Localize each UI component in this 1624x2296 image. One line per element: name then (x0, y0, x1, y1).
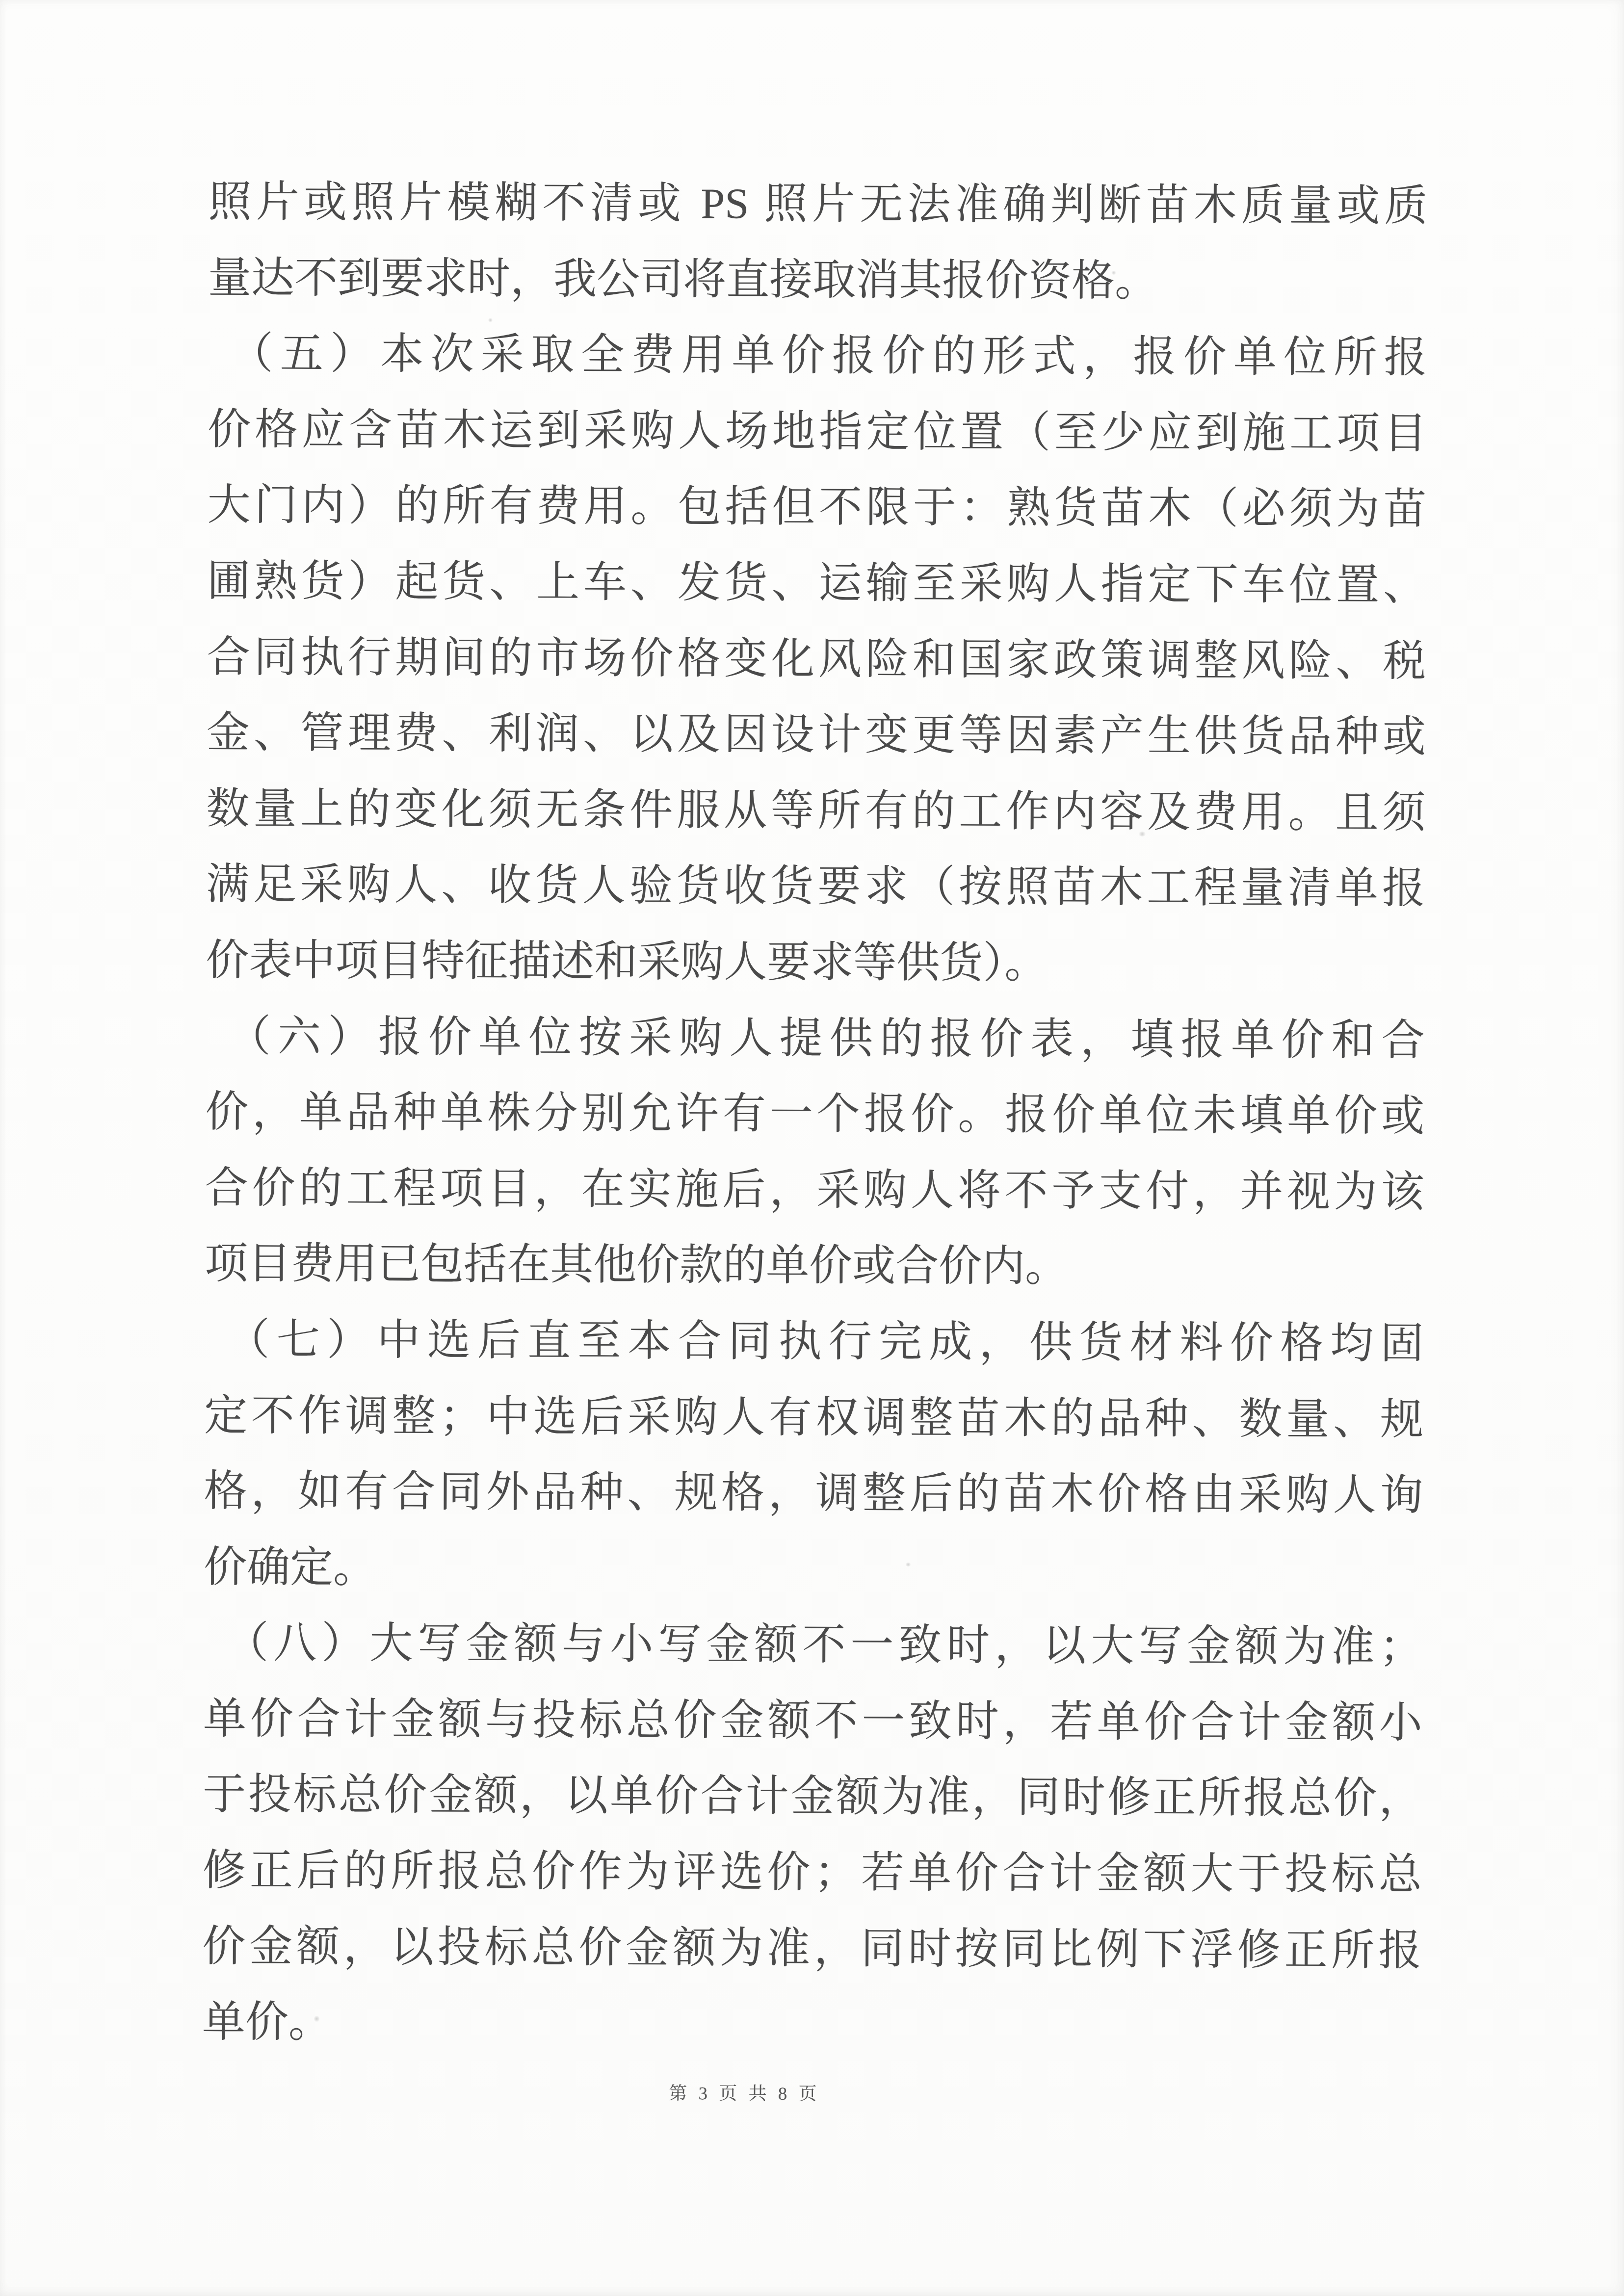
text-line: 单价合计金额与投标总价金额不一致时，若单价合计金额小 (203, 1682, 1423, 1762)
text-line: 满足采购人、收货人验货收货要求（按照苗木工程量清单报 (206, 847, 1426, 927)
paragraph: （八）大写金额与小写金额不一致时，以大写金额为准；单价合计金额与投标总价金额不一… (202, 1606, 1422, 2065)
text-line: 金、管理费、利润、以及因设计变更等因素产生供货品种或 (207, 696, 1426, 776)
paragraph: （七）中选后直至本合同执行完成，供货材料价格均固定不作调整；中选后采购人有权调整… (204, 1303, 1424, 1610)
text-line: 照片或照片模糊不清或 PS 照片无法准确判断苗木质量或质 (208, 165, 1428, 245)
scanned-document-page: 照片或照片模糊不清或 PS 照片无法准确判断苗木质量或质量达不到要求时，我公司将… (0, 0, 1624, 2296)
text-line: 价，单品种单株分别允许有一个报价。报价单位未填单价或 (205, 1075, 1425, 1155)
text-line: 数量上的变化须无条件服从等所有的工作内容及费用。且须 (206, 771, 1426, 851)
paragraph: 照片或照片模糊不清或 PS 照片无法准确判断苗木质量或质量达不到要求时，我公司将… (208, 165, 1428, 321)
text-line: 量达不到要求时，我公司将直接取消其报价资格。 (208, 240, 1428, 320)
page-number-label: 第 3 页 共 8 页 (669, 2084, 820, 2104)
text-line: 单价。 (202, 1985, 1421, 2065)
text-line: 项目费用已包括在其他价款的单价或合价内。 (205, 1226, 1424, 1306)
text-line: （六）报价单位按采购人提供的报价表，填报单价和合 (206, 999, 1425, 1079)
text-line: （五）本次采取全费用单价报价的形式，报价单位所报 (208, 316, 1427, 396)
text-line: 格，如有合同外品种、规格，调整后的苗木价格由采购人询 (204, 1454, 1423, 1534)
text-line: 合同执行期间的市场价格变化风险和国家政策调整风险、税 (207, 620, 1426, 700)
text-line: （八）大写金额与小写金额不一致时，以大写金额为准； (203, 1606, 1423, 1686)
text-line: 价金额，以投标总价金额为准，同时按同比例下浮修正所报 (202, 1909, 1422, 1989)
text-line: 价格应含苗木运到采购人场地指定位置（至少应到施工项目 (208, 392, 1427, 472)
text-line: 价确定。 (204, 1530, 1423, 1610)
paragraph: （六）报价单位按采购人提供的报价表，填报单价和合价，单品种单株分别允许有一个报价… (205, 999, 1425, 1306)
text-line: 圃熟货）起货、上车、发货、运输至采购人指定下车位置、 (207, 544, 1427, 624)
text-line: 价表中项目特征描述和采购人要求等供货）。 (206, 923, 1425, 1003)
text-line: 合价的工程项目，在实施后，采购人将不予支付，并视为该 (205, 1150, 1424, 1230)
page-footer: 第 3 页 共 8 页 (669, 2078, 820, 2105)
text-line: 于投标总价金额，以单价合计金额为准，同时修正所报总价， (203, 1757, 1422, 1837)
document-body: 照片或照片模糊不清或 PS 照片无法准确判断苗木质量或质量达不到要求时，我公司将… (202, 165, 1427, 2065)
text-line: 修正后的所报总价作为评选价；若单价合计金额大于投标总 (203, 1833, 1422, 1913)
text-line: 定不作调整；中选后采购人有权调整苗木的品种、数量、规 (204, 1378, 1424, 1458)
text-line: （七）中选后直至本合同执行完成，供货材料价格均固 (204, 1303, 1424, 1383)
text-line: 大门内）的所有费用。包括但不限于：熟货苗木（必须为苗 (207, 468, 1427, 548)
scan-tilt-wrapper: 照片或照片模糊不清或 PS 照片无法准确判断苗木质量或质量达不到要求时，我公司将… (0, 0, 1624, 2296)
paragraph: （五）本次采取全费用单价报价的形式，报价单位所报价格应含苗木运到采购人场地指定位… (206, 316, 1427, 1003)
